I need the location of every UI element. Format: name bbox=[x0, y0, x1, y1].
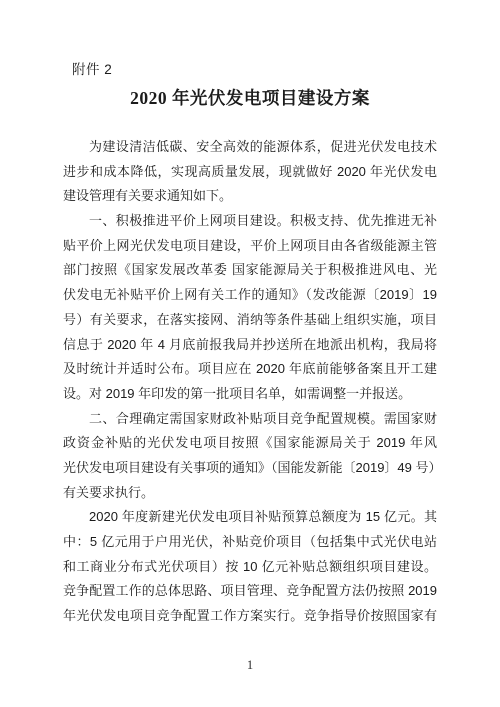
text-line: 设。对 2019 年印发的第一批项目名单，如需调整一并报送。 bbox=[63, 382, 437, 407]
page-number: 1 bbox=[0, 657, 500, 673]
text-line: 和工商业分布式光伏项目）按 10 亿元补贴总额组织项目建设。 bbox=[63, 555, 437, 580]
document-page: 附件 2 2020 年光伏发电项目建设方案 为建设清洁低碳、安全高效的能源体系，… bbox=[0, 0, 500, 707]
text-line: 部门按照《国家发展改革委 国家能源局关于积极推进风电、光 bbox=[63, 258, 437, 283]
text-line: 伏发电无补贴平价上网有关工作的通知》（发改能源〔2019〕19 bbox=[63, 283, 437, 308]
text-line: 中：5 亿元用于户用光伏，补贴竞价项目（包括集中式光伏电站 bbox=[63, 530, 437, 555]
text-line: 及时统计并适时公布。项目应在 2020 年底前能够备案且开工建 bbox=[63, 357, 437, 382]
text-line: 有关要求执行。 bbox=[63, 481, 437, 506]
paragraph-section-1-grid-parity: 一、积极推进平价上网项目建设。积极支持、优先推进无补贴平价上网光伏发电项目建设，… bbox=[63, 209, 437, 407]
text-line: 光伏发电项目建设有关事项的通知》（国能发新能〔2019〕49 号） bbox=[63, 456, 437, 481]
document-body: 为建设清洁低碳、安全高效的能源体系，促进光伏发电技术进步和成本降低，实现高质量发… bbox=[63, 135, 437, 629]
attachment-label: 附件 2 bbox=[72, 62, 112, 78]
text-line: 信息于 2020 年 4 月底前报我局并抄送所在地派出机构，我局将 bbox=[63, 333, 437, 358]
text-line: 二、合理确定需国家财政补贴项目竞争配置规模。需国家财 bbox=[63, 407, 437, 432]
text-line: 进步和成本降低，实现高质量发展，现就做好 2020 年光伏发电 bbox=[63, 160, 437, 185]
text-line: 一、积极推进平价上网项目建设。积极支持、优先推进无补 bbox=[63, 209, 437, 234]
paragraph-section-2-subsidy-scale: 二、合理确定需国家财政补贴项目竞争配置规模。需国家财政资金补贴的光伏发电项目按照… bbox=[63, 407, 437, 506]
text-line: 建设管理有关要求通知如下。 bbox=[63, 184, 437, 209]
text-line: 年光伏发电项目竞争配置工作方案实行。竞争指导价按照国家有 bbox=[63, 604, 437, 629]
text-line: 号）有关要求，在落实接网、消纳等条件基础上组织实施，项目 bbox=[63, 308, 437, 333]
text-line: 政资金补贴的光伏发电项目按照《国家能源局关于 2019 年风电、 bbox=[63, 431, 437, 456]
document-title: 2020 年光伏发电项目建设方案 bbox=[0, 87, 500, 109]
text-line: 贴平价上网光伏发电项目建设，平价上网项目由各省级能源主管 bbox=[63, 234, 437, 259]
text-line: 竞争配置工作的总体思路、项目管理、竞争配置方法仍按照 2019 bbox=[63, 579, 437, 604]
text-line: 2020 年度新建光伏发电项目补贴预算总额度为 15 亿元。其 bbox=[63, 505, 437, 530]
text-line: 为建设清洁低碳、安全高效的能源体系，促进光伏发电技术 bbox=[63, 135, 437, 160]
paragraph-budget: 2020 年度新建光伏发电项目补贴预算总额度为 15 亿元。其中：5 亿元用于户… bbox=[63, 505, 437, 628]
paragraph-intro: 为建设清洁低碳、安全高效的能源体系，促进光伏发电技术进步和成本降低，实现高质量发… bbox=[63, 135, 437, 209]
